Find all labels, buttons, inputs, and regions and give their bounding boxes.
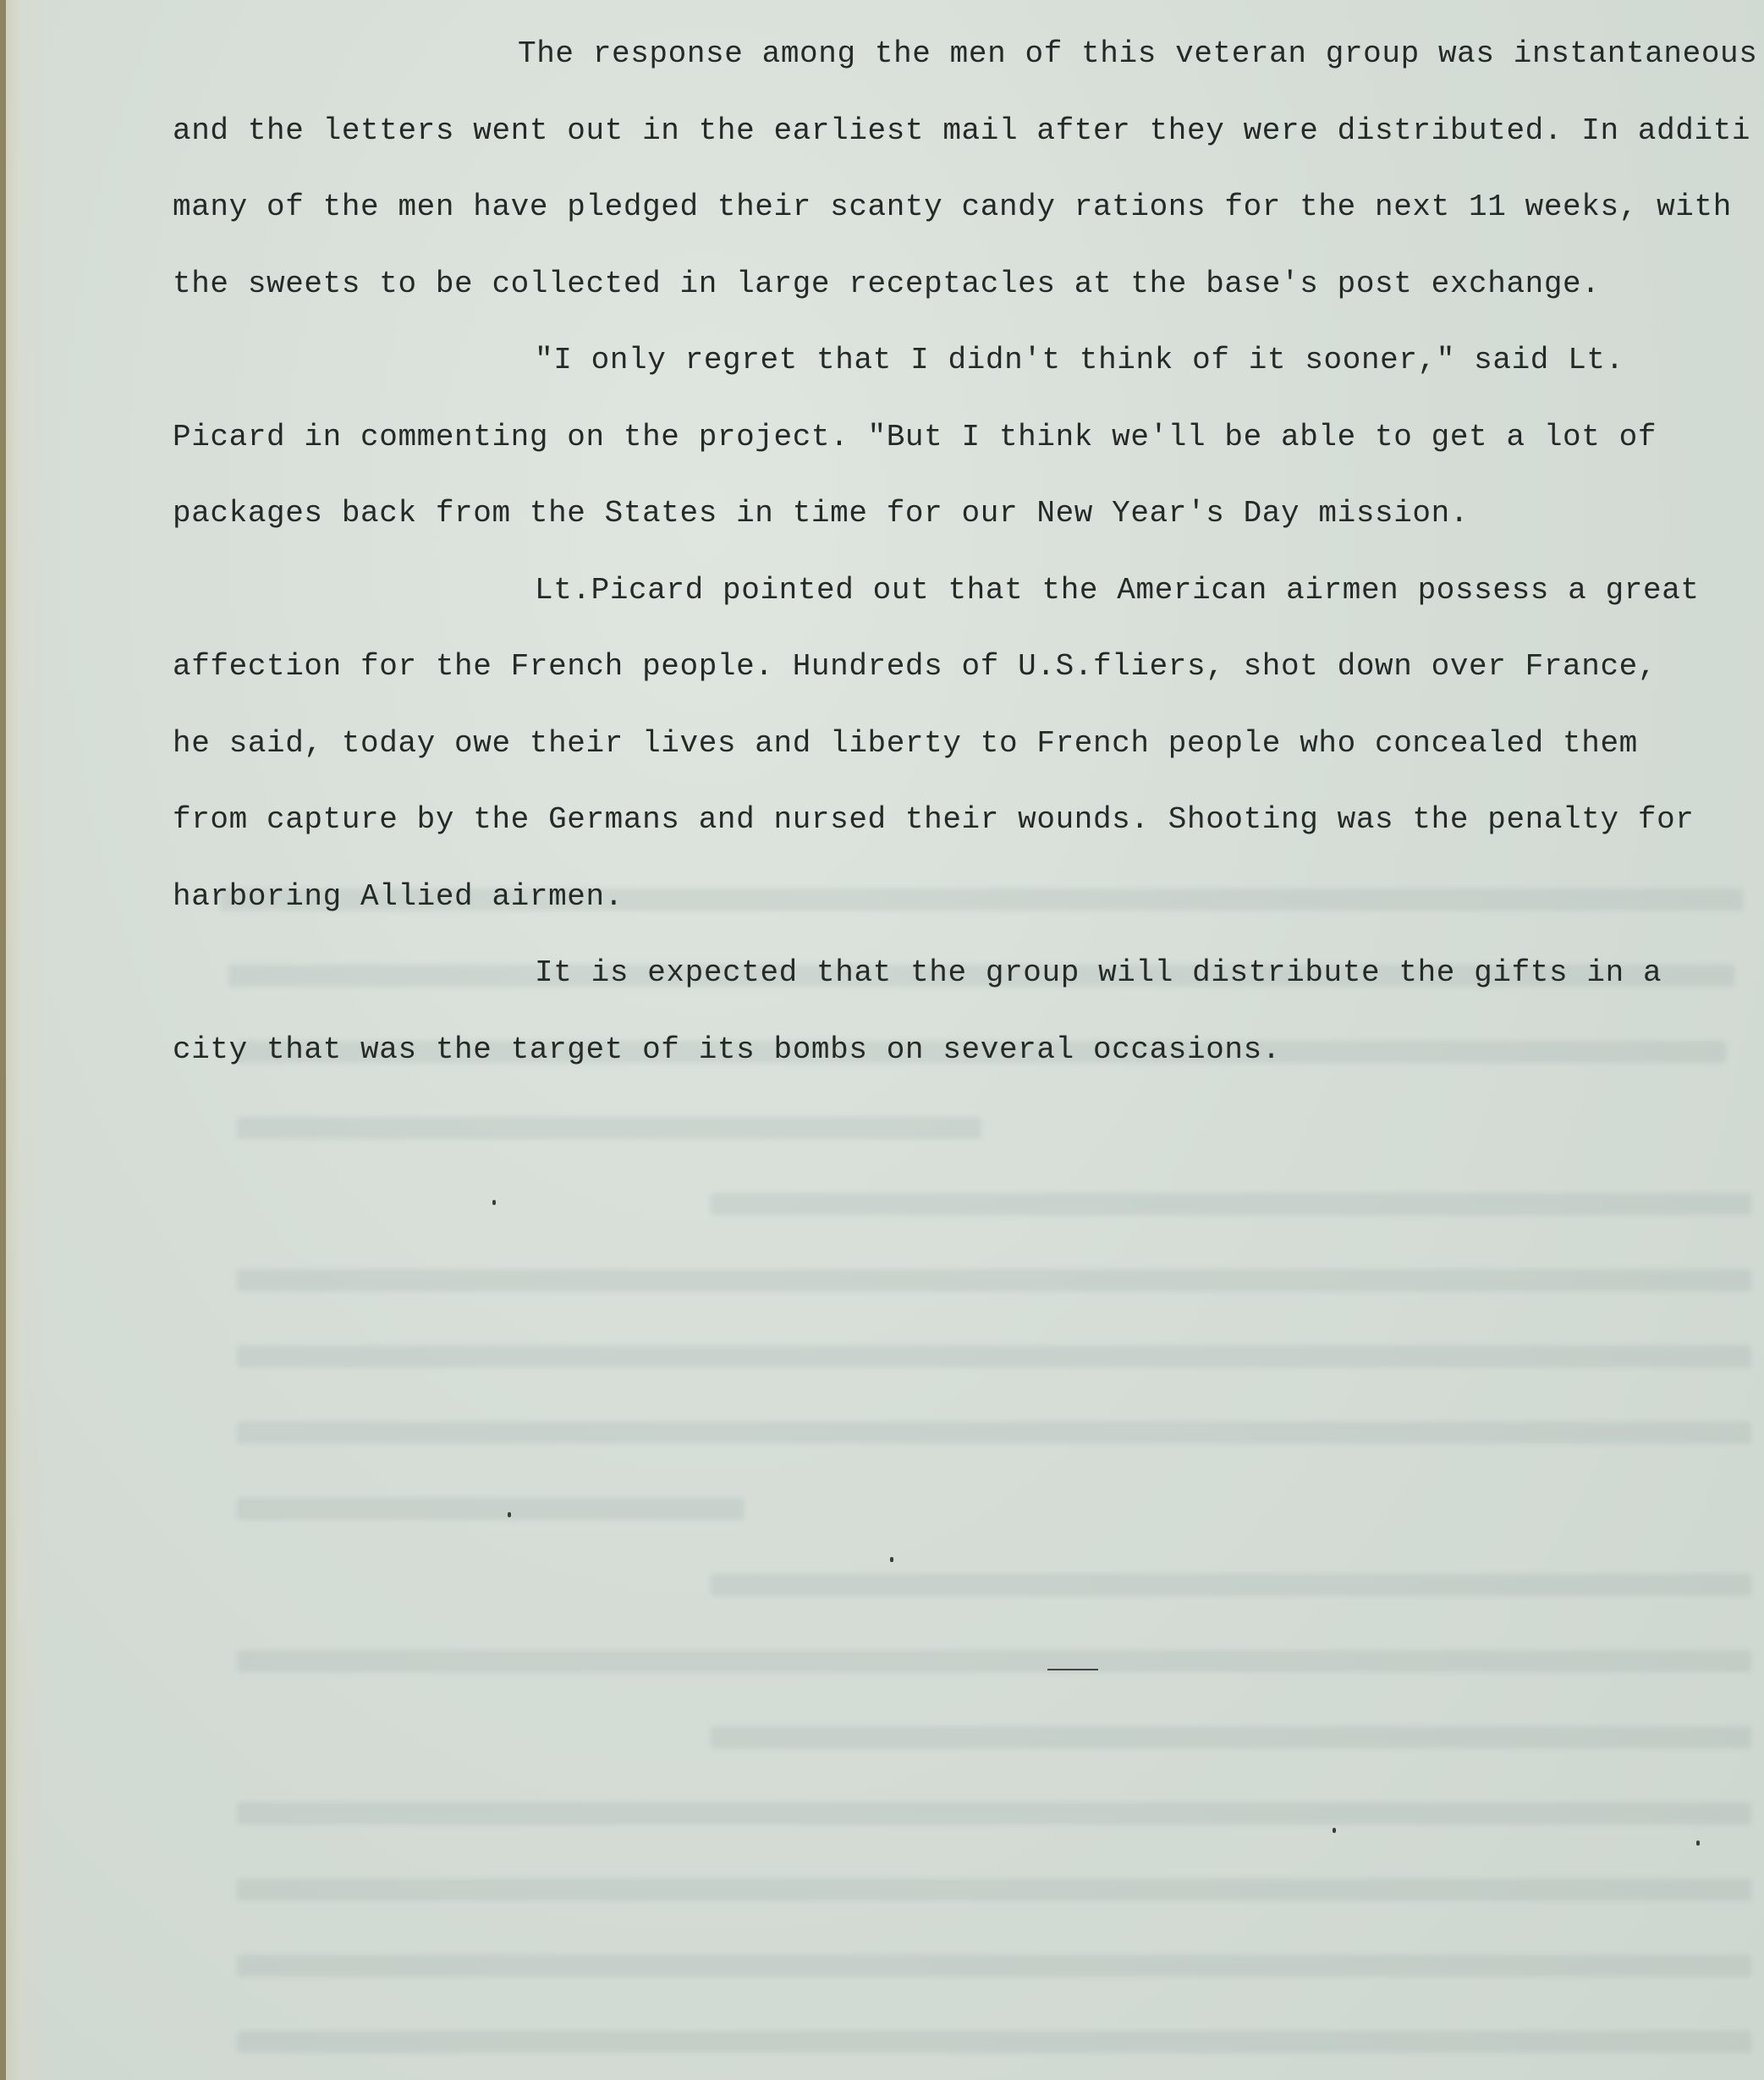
text-line: many of the men have pledged their scant…: [173, 184, 1764, 261]
paragraph-3: Lt.Picard pointed out that the American …: [173, 567, 1764, 950]
text-line: the sweets to be collected in large rece…: [173, 261, 1764, 338]
text-line: harboring Allied airmen.: [173, 873, 1764, 950]
paragraph-4: It is expected that the group will distr…: [173, 949, 1764, 1103]
document-page: The response among the men of this veter…: [0, 0, 1764, 2080]
text-line: Picard in commenting on the project. "Bu…: [173, 414, 1764, 491]
text-line: Lt.Picard pointed out that the American …: [173, 567, 1764, 644]
text-line: he said, today owe their lives and liber…: [173, 720, 1764, 797]
text-line: affection for the French people. Hundred…: [173, 643, 1764, 720]
text-line: It is expected that the group will distr…: [173, 949, 1764, 1026]
paper-edge: [0, 0, 6, 2080]
ink-speck: [1333, 1828, 1336, 1833]
ink-speck: [1696, 1841, 1700, 1846]
text-line: "I only regret that I didn't think of it…: [173, 337, 1764, 414]
ink-speck: [492, 1200, 496, 1205]
ink-speck: [890, 1557, 893, 1562]
text-line: packages back from the States in time fo…: [173, 490, 1764, 567]
text-line: city that was the target of its bombs on…: [173, 1026, 1764, 1103]
ink-speck: [508, 1512, 511, 1517]
ink-dash: [1047, 1669, 1098, 1670]
document-body: The response among the men of this veter…: [173, 30, 1764, 1103]
paragraph-2: "I only regret that I didn't think of it…: [173, 337, 1764, 567]
paragraph-1: The response among the men of this veter…: [173, 30, 1764, 337]
text-line: The response among the men of this veter…: [173, 30, 1764, 107]
text-line: and the letters went out in the earliest…: [173, 107, 1764, 184]
text-line: from capture by the Germans and nursed t…: [173, 796, 1764, 873]
